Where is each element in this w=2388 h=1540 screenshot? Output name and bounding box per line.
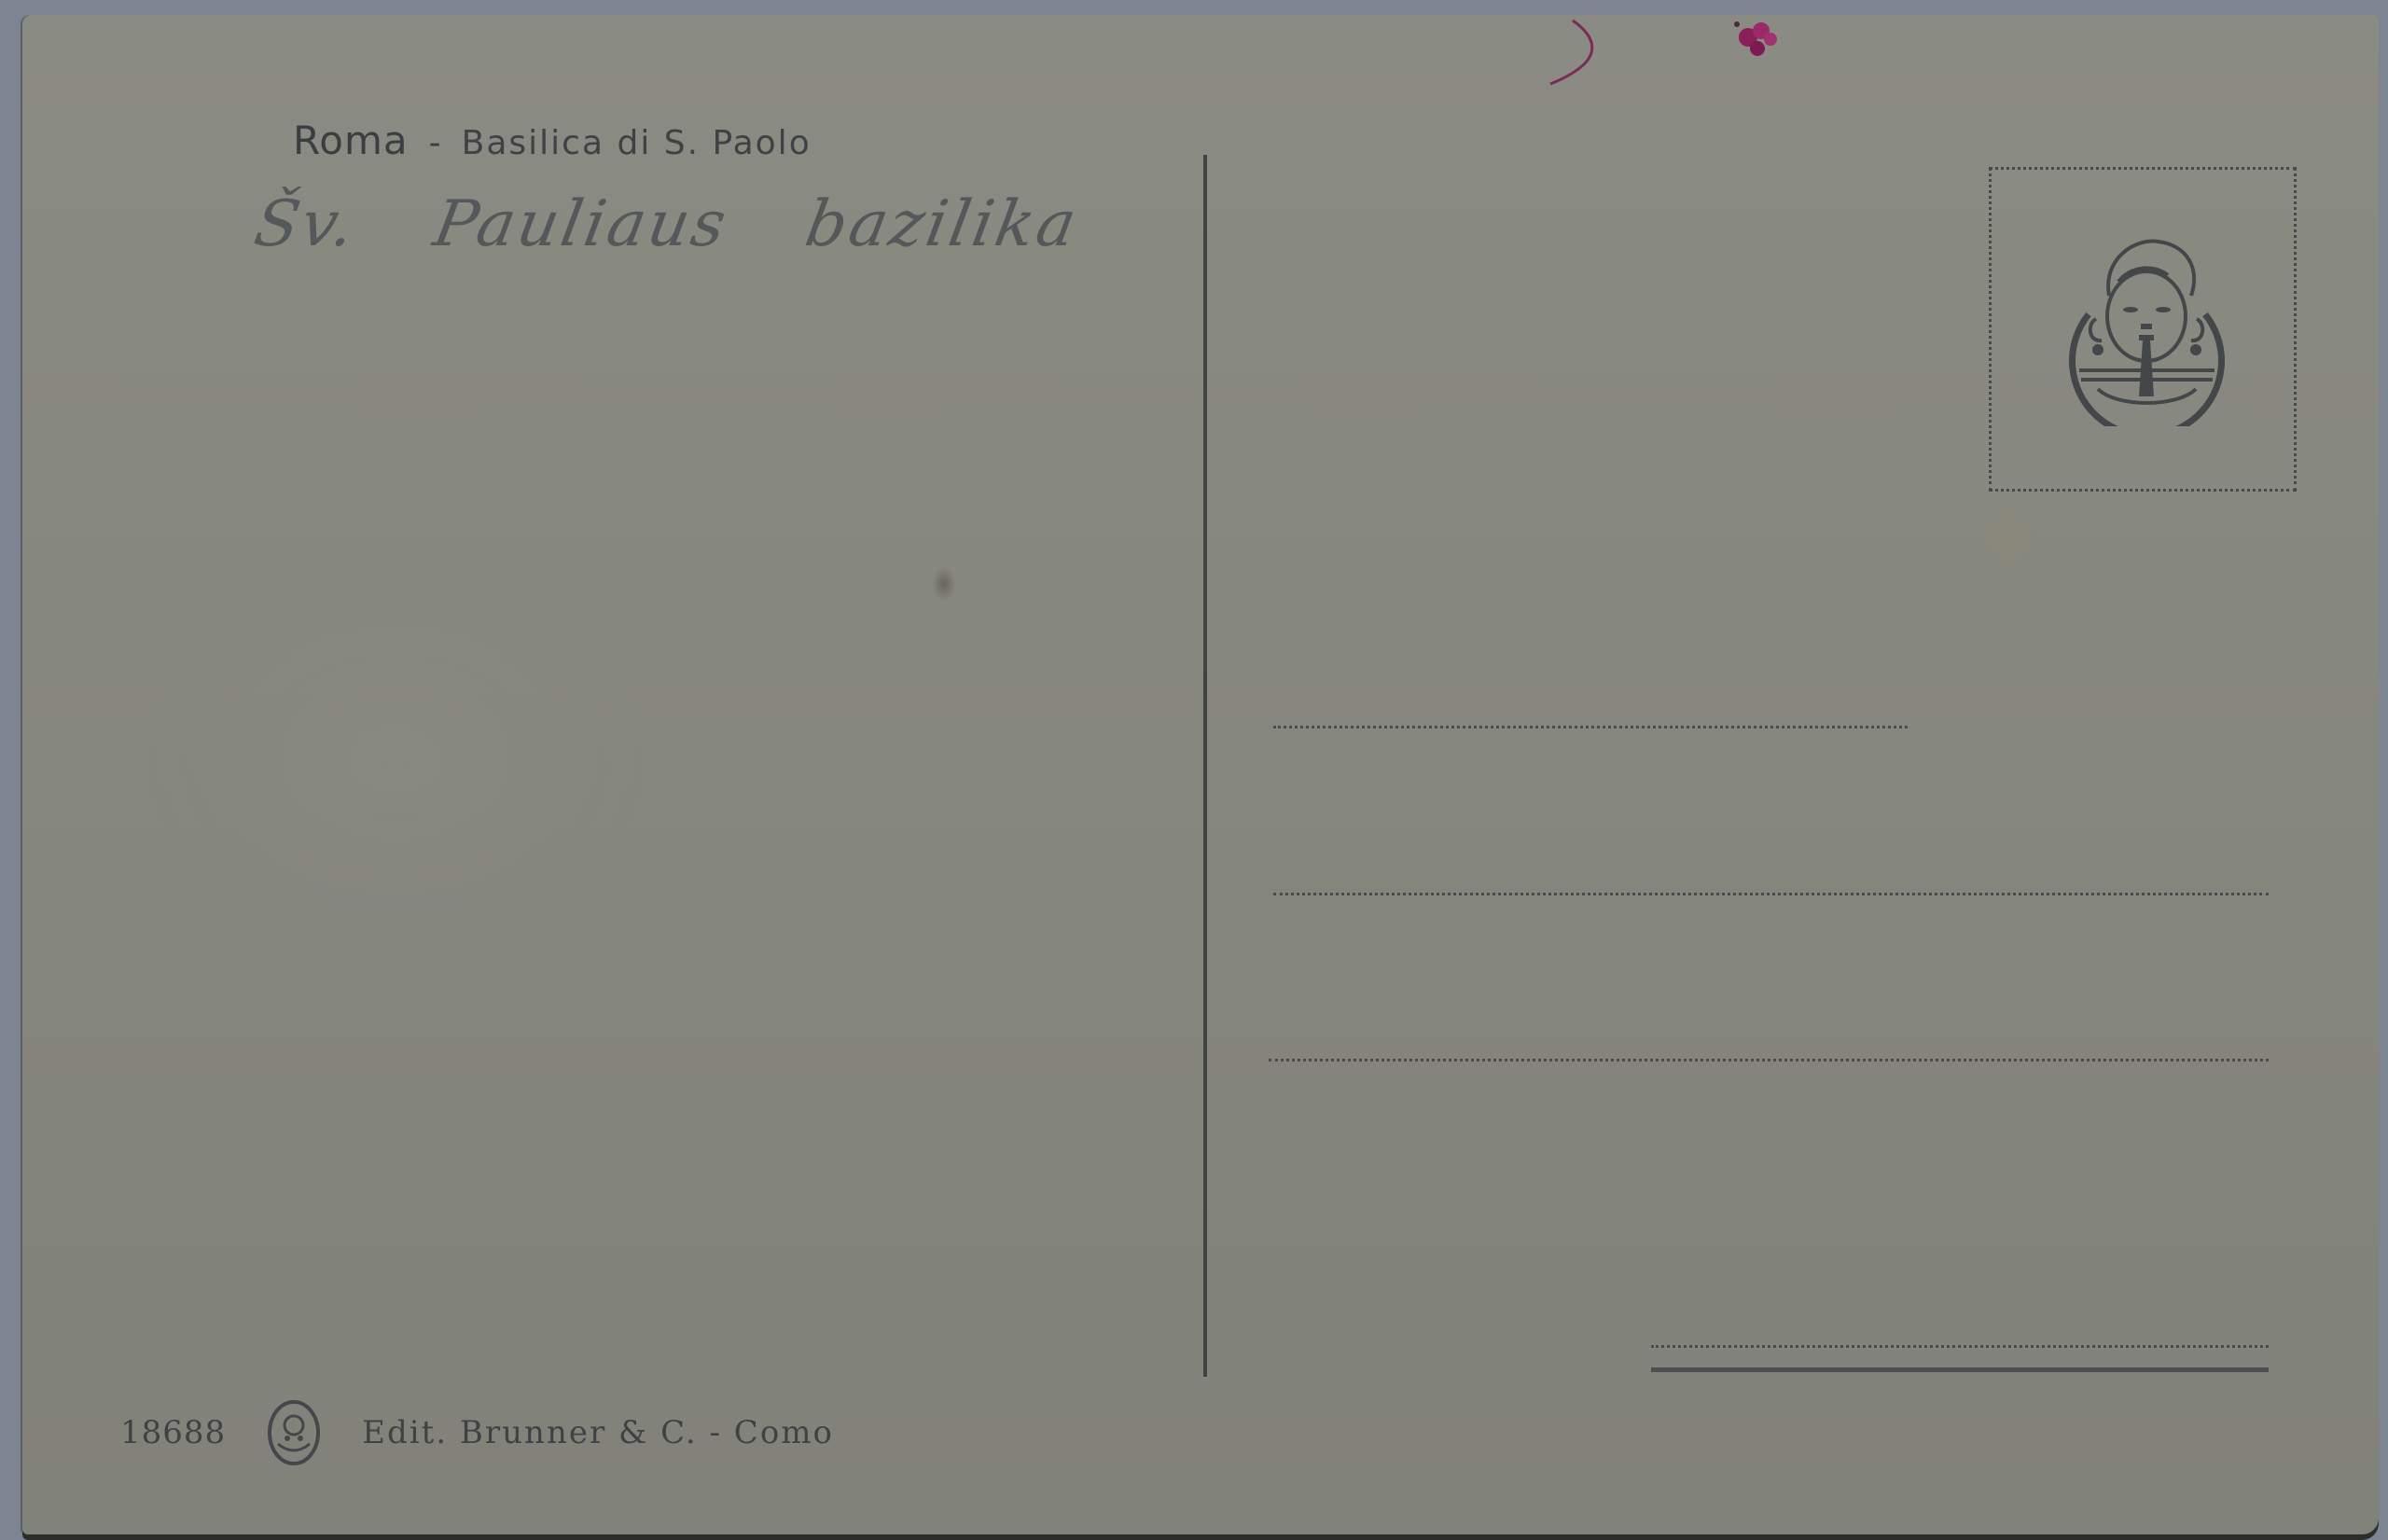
address-line-2 [1273, 893, 2269, 895]
title-separator: - [429, 124, 441, 162]
postcard-title: Roma - Basilica di S. Paolo [293, 118, 812, 163]
publisher-footer: 18688 Edit. Brunner & C. - Como [120, 1399, 834, 1466]
title-place: Basilica di S. Paolo [462, 124, 812, 162]
address-line-1 [1273, 726, 1908, 728]
catalog-number: 18688 [120, 1414, 226, 1451]
address-line-4-solid [1651, 1367, 2269, 1372]
vertical-divider [1203, 155, 1207, 1377]
address-line-4-dotted [1651, 1345, 2269, 1348]
postcard-back: Roma - Basilica di S. Paolo Šv. Pauliaus… [22, 15, 2379, 1534]
stamp-box [1989, 167, 2297, 492]
red-ink-blot [1729, 17, 1785, 68]
address-line-3 [1269, 1059, 2269, 1061]
red-ink-stroke [1534, 15, 1608, 90]
title-city: Roma [293, 118, 409, 163]
child-face-fountain-emblem-icon [2061, 230, 2233, 426]
publisher-emblem-icon [267, 1399, 321, 1466]
handwritten-note: Šv. Pauliaus bazilika [249, 187, 1084, 261]
publisher-name: Edit. Brunner & C. - Como [362, 1414, 834, 1451]
